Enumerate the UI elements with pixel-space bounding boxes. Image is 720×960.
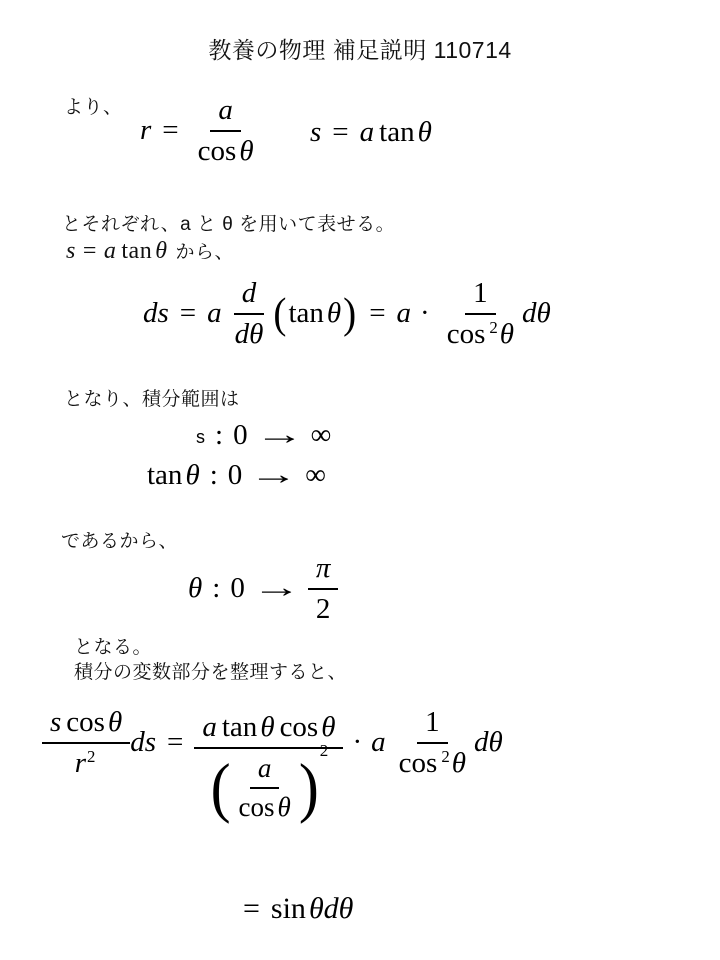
cos-function: cos [280,711,319,743]
line-inline-formula: s=atanθから、 [66,237,234,265]
formula-result: = sin θdθ [243,888,353,930]
var-s: s [310,116,321,149]
text-yori: より、 [64,92,123,119]
var-a: a [202,711,217,743]
numeral-two: 2 [308,590,339,626]
var-theta: θ [260,711,274,743]
var-ds: ds [143,297,169,330]
cos-function: cos [198,135,237,167]
var-a: a [397,297,412,330]
equals-sign: = [167,726,183,759]
exponent-two: 2 [441,747,449,766]
text-sorezore: とそれぞれ、a と θ を用いて表せる。 [62,209,395,236]
formula-integrand: scosθ r2 ds = atanθcosθ ( a cosθ ) 2 · a [42,668,503,816]
infinity-symbol: ∞ [311,419,332,452]
var-theta: θ [188,572,202,605]
cos-function: cos [239,792,275,822]
tan-function: tan [147,459,182,492]
fraction-a-over-cos: a cosθ [231,752,299,823]
denominator-cos2-theta: cos2θ [439,315,522,351]
text-kara: から、 [176,242,235,263]
left-paren: ( [211,753,231,820]
numerator-s-cos-theta: scosθ [42,705,130,744]
var-s: s [66,238,76,264]
equals-sign: = [332,116,348,149]
cos-function: cos [447,318,486,350]
inline-formula-s: s=atanθ [66,238,168,264]
fraction-pi-over-two: π 2 [308,551,339,626]
numeral-zero: 0 [230,572,245,605]
tan-function: tan [288,297,323,330]
var-theta: θ [452,747,466,779]
var-a: a [371,726,386,759]
var-a: a [104,238,117,264]
var-theta: θ [321,711,335,743]
var-ds: ds [130,726,156,759]
var-r: r [75,747,86,779]
var-theta: θ [418,116,432,149]
colon: : [212,572,220,605]
numeral-one: 1 [417,705,448,744]
range-theta: θ : 0 → π 2 [188,550,338,626]
document-page: 教養の物理 補足説明 110714 より、 r = a cosθ s = a t… [0,0,720,960]
var-theta: θ [327,297,341,330]
tan-function: tan [379,116,414,149]
formula-ds: ds = a d dθ ( tan θ ) = a · 1 cos2θ dθ [143,268,551,358]
var-dtheta: dθ [227,315,272,351]
exponent-two: 2 [489,318,497,337]
right-arrow-icon: → [249,459,298,492]
var-r: r [140,114,151,147]
fraction-atan-over-paren: atanθcosθ ( a cosθ ) 2 [194,710,343,823]
var-s: s [50,706,61,738]
var-d: d [234,276,265,315]
var-theta-dtheta: θdθ [309,892,353,926]
var-dtheta: dθ [474,726,503,759]
fraction-one-over-cos2: 1 cos2θ [439,276,522,351]
var-theta: θ [108,706,122,738]
exponent-two: 2 [320,741,329,761]
page-title: 教養の物理 補足説明 110714 [0,32,720,65]
var-a: a [250,752,280,789]
var-dtheta: dθ [522,297,551,330]
right-paren: ) [343,288,356,338]
equals-sign: = [243,892,260,926]
colon: : [215,419,223,452]
range-tan-theta: tan θ : 0 → ∞ [147,455,326,495]
dot-operator: · [420,297,430,330]
equals-sign: = [162,114,178,147]
equals-sign: = [180,297,196,330]
right-arrow-icon: → [254,419,303,452]
var-theta: θ [185,459,199,492]
var-a: a [210,93,241,132]
denominator-cos-theta: cosθ [231,789,299,823]
formula-r: r = a cosθ [140,90,262,170]
numeral-zero: 0 [233,419,248,452]
cos-function: cos [66,706,105,738]
fraction-one-over-cos2: 1 cos2θ [391,705,474,780]
infinity-symbol: ∞ [305,459,326,492]
numeral-one: 1 [465,276,496,315]
text-tonaru: となる。 [74,632,152,659]
pi-symbol: π [308,551,339,590]
right-paren: ) [299,753,319,820]
text-dearukara: であるから、 [61,526,178,553]
var-theta: θ [500,318,514,350]
range-s: s : 0 → ∞ [196,416,331,454]
equals-sign: = [369,297,385,330]
fraction-a-over-cos: a cosθ [190,93,262,168]
denominator-r-squared: r2 [67,744,106,780]
denominator-cos2-theta: cos2θ [391,744,474,780]
var-a: a [207,297,222,330]
text-tonari: となり、積分範囲は [64,384,240,411]
var-theta: θ [155,238,167,264]
fraction-scos-over-r2: scosθ r2 [42,705,130,780]
denominator-paren-squared: ( a cosθ ) 2 [203,749,336,823]
formula-s: s = a tan θ [310,112,432,152]
cos-function: cos [399,747,438,779]
paren-group: ( a cosθ ) 2 [211,752,328,823]
equals-sign: = [83,238,97,264]
right-arrow-icon: → [252,572,301,605]
var-a: a [360,116,375,149]
fraction-d-over-dtheta: d dθ [227,276,272,351]
denominator-cos-theta: cosθ [190,132,262,168]
tan-function: tan [222,711,257,743]
colon: : [210,459,218,492]
var-theta: θ [239,135,253,167]
dot-operator: · [352,726,362,759]
var-theta: θ [278,792,291,822]
var-s: s [196,427,205,448]
sin-function: sin [271,892,306,926]
numeral-zero: 0 [228,459,243,492]
exponent-two: 2 [87,747,95,766]
tan-function: tan [121,238,152,264]
left-paren: ( [273,288,286,338]
